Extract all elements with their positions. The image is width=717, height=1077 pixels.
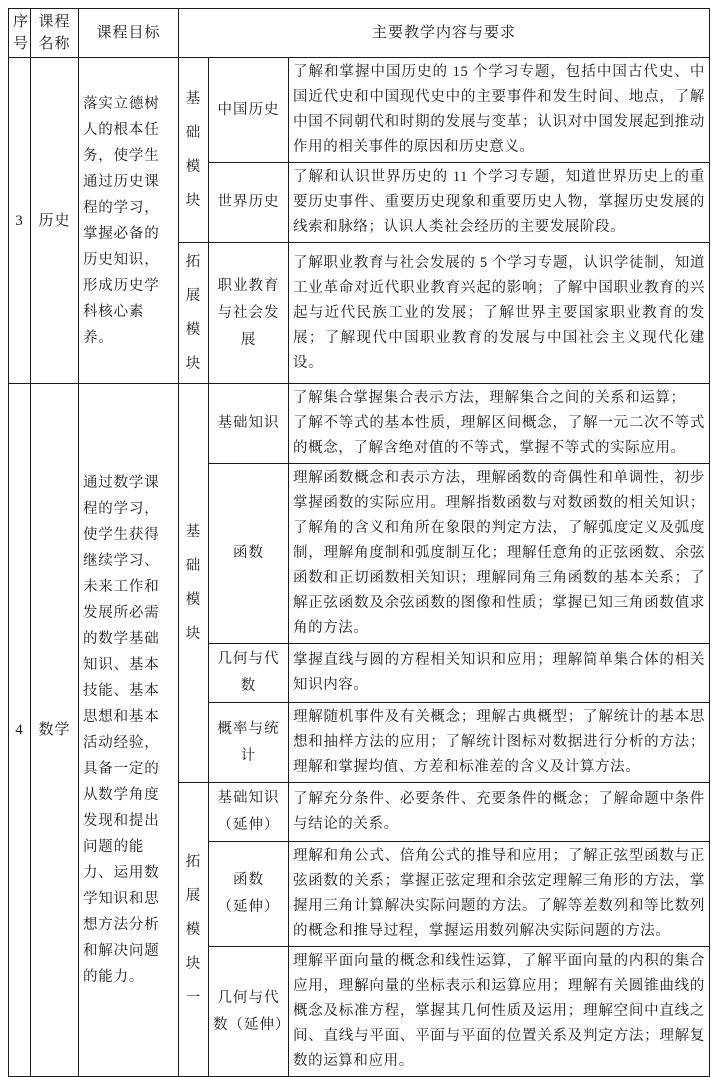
cell-topic: 基础知识 xyxy=(209,384,289,464)
cell-topic: 中国历史 xyxy=(209,58,289,163)
cell-topic: 几何与代 数（延伸） xyxy=(209,947,289,1077)
cell-content: 了解职业教育与社会发展的 5 个学习专题，认识学徒制，知道工业革命对近代职业教育… xyxy=(289,243,710,384)
table-row: 3 历史 落实立德树人的根本任务，使学生通过历史课程的学习，掌握必备的历史知识，… xyxy=(9,58,710,163)
table-row: 4 数学 通过数学课程的学习，使学生获得继续学习、未来工作和发展所必需的数学基础… xyxy=(9,384,710,464)
cell-course-name: 历史 xyxy=(31,58,79,384)
cell-module: 基础模块 xyxy=(179,58,209,243)
cell-content: 理解随机事件及有关概念；理解古典概型；了解统计的基本思想和抽样方法的应用；了解统… xyxy=(289,703,710,783)
cell-topic: 职业教育 与社会发 展 xyxy=(209,243,289,384)
cell-topic: 函数 xyxy=(209,464,289,644)
header-content: 主要教学内容与要求 xyxy=(179,9,710,58)
cell-seq: 4 xyxy=(9,384,31,1077)
cell-topic: 世界历史 xyxy=(209,163,289,243)
cell-seq: 3 xyxy=(9,58,31,384)
cell-content: 理解和角公式、倍角公式的推导和应用；了解正弦型函数与正弦函数的关系；掌握正弦定理… xyxy=(289,842,710,947)
header-seq: 序号 xyxy=(9,9,31,58)
cell-content: 了解集合掌握集合表示方法，理解集合之间的关系和运算； 了解不等式的基本性质，理解… xyxy=(289,384,710,464)
header-course-name: 课程名称 xyxy=(31,9,79,58)
curriculum-table: 序号 课程名称 课程目标 主要教学内容与要求 3 历史 落实立德树人的根本任务，… xyxy=(8,8,710,1077)
cell-objective: 落实立德树人的根本任务，使学生通过历史课程的学习，掌握必备的历史知识，形成历史学… xyxy=(79,58,179,384)
page-number: 5 xyxy=(0,980,717,995)
table-header-row: 序号 课程名称 课程目标 主要教学内容与要求 xyxy=(9,9,710,58)
cell-content: 了解充分条件、必要条件、充要条件的概念；了解命题中条件与结论的关系。 xyxy=(289,783,710,842)
cell-topic: 几何与代 数 xyxy=(209,644,289,703)
cell-content: 掌握直线与圆的方程相关知识和应用；理解简单集合体的相关知识内容。 xyxy=(289,644,710,703)
cell-module: 拓展模块一 xyxy=(179,783,209,1077)
cell-module: 拓展模块 xyxy=(179,243,209,384)
cell-objective: 通过数学课程的学习，使学生获得继续学习、未来工作和发展所必需的数学基础知识、基本… xyxy=(79,384,179,1077)
cell-topic: 函数 （延伸） xyxy=(209,842,289,947)
cell-course-name: 数学 xyxy=(31,384,79,1077)
header-objective: 课程目标 xyxy=(79,9,179,58)
document-page: 序号 课程名称 课程目标 主要教学内容与要求 3 历史 落实立德树人的根本任务，… xyxy=(0,0,717,1001)
cell-topic: 概率与统 计 xyxy=(209,703,289,783)
cell-module: 基础模块 xyxy=(179,384,209,783)
cell-topic: 基础知识 （延伸） xyxy=(209,783,289,842)
cell-content: 了解和掌握中国历史的 15 个学习专题，包括中国古代史、中国近代史和中国现代史中… xyxy=(289,58,710,163)
cell-content: 理解平面向量的概念和线性运算，了解平面向量的内积的集合应用，理解向量的坐标表示和… xyxy=(289,947,710,1077)
cell-content: 理解函数概念和表示方法，理解函数的奇偶性和单调性，初步掌握函数的实际应用。理解指… xyxy=(289,464,710,644)
cell-content: 了解和认识世界历史的 11 个学习专题，知道世界历史上的重要历史事件、重要历史现… xyxy=(289,163,710,243)
